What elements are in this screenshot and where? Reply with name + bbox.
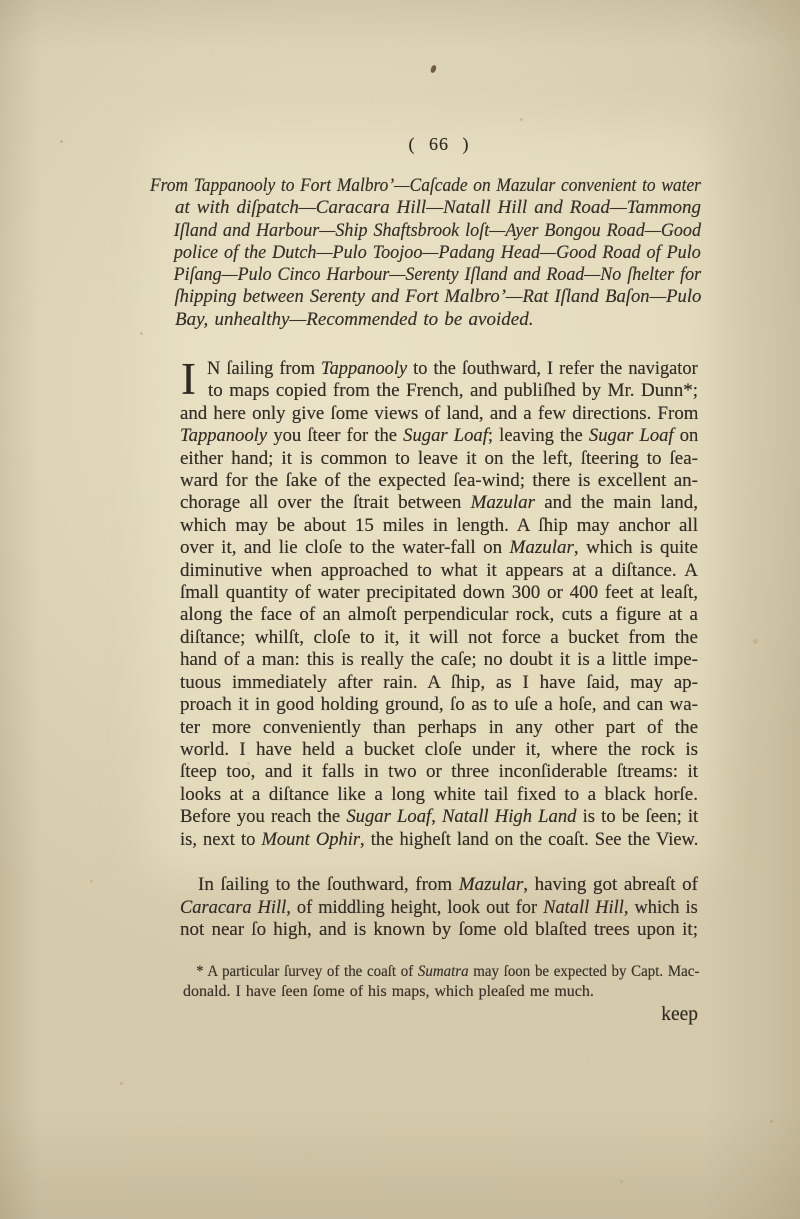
text-line: diſtance; whilſt, cloſe to it, it will n… — [180, 627, 698, 649]
body-paragraph-1: N ſailing from Tappanooly to the ſouthwa… — [180, 358, 698, 851]
text-line: is, next to Mount Ophir, the higheſt lan… — [180, 829, 684, 851]
text-line: ſhipping between Serenty and Fort Malbro… — [150, 286, 690, 308]
paper-speckles — [0, 0, 3, 3]
text-line: not near ſo high, and is known by ſome o… — [180, 919, 698, 942]
page-number: ( 66 ) — [180, 134, 698, 155]
text-line: chorage all over the ſtrait between Mazu… — [180, 492, 698, 514]
text-line: Piſang—Pulo Cinco Harbour—Serenty Iſland… — [150, 264, 672, 286]
text-line: police of the Dutch—Pulo Toojoo—Padang H… — [150, 242, 675, 264]
text-line: ſmall quantity of water precipitated dow… — [180, 582, 698, 604]
text-line: ter more conveniently than perhaps in an… — [180, 717, 698, 739]
text-line: over it, and lie cloſe to the water-fall… — [180, 537, 698, 559]
text-line: and here only give ſome views of land, a… — [180, 403, 694, 425]
text-line: along the face of an almoſt perpendicula… — [180, 604, 698, 626]
text-line: at with diſpatch—Caracara Hill—Natall Hi… — [150, 197, 701, 219]
ink-mark — [430, 65, 437, 74]
text-line: ward for the ſake of the expected ſea-wi… — [180, 470, 698, 492]
chapter-summary: From Tappanooly to Fort Malbro’—Caſcade … — [150, 175, 701, 331]
text-line: N ſailing from Tappanooly to the ſouthwa… — [180, 358, 681, 380]
text-line: proach it in good holding ground, ſo as … — [180, 694, 698, 716]
text-line: either hand; it is common to leave it on… — [180, 448, 698, 470]
text-line: tuous immediately after rain. A ſhip, as… — [180, 672, 698, 694]
body-paragraph-2: In ſailing to the ſouthward, from Mazula… — [180, 874, 698, 942]
footnote: * A particular ſurvey of the coaſt of Su… — [183, 962, 699, 1001]
text-line: In ſailing to the ſouthward, from Mazula… — [180, 874, 698, 897]
text-line: From Tappanooly to Fort Malbro’—Caſcade … — [150, 175, 654, 197]
text-line: * A particular ſurvey of the coaſt of Su… — [183, 962, 665, 982]
text-line: hand of a man: this is really the caſe; … — [180, 649, 698, 671]
text-line: which may be about 15 miles in length. A… — [180, 515, 698, 537]
text-line: donald. I have ſeen ſome of his maps, wh… — [183, 982, 699, 1002]
text-line: Caracara Hill, of middling height, look … — [180, 897, 682, 920]
text-line: to maps copied from the French, and publ… — [180, 380, 698, 402]
text-line: looks at a diſtance like a long white ta… — [180, 784, 698, 806]
text-line: world. I have held a bucket cloſe under … — [180, 739, 698, 761]
text-line: Bay, unhealthy—Recommended to be avoided… — [150, 309, 701, 331]
book-page: ( 66 ) From Tappanooly to Fort Malbro’—C… — [0, 0, 800, 1219]
text-line: Tappanooly you ſteer for the Sugar Loaf;… — [180, 425, 687, 447]
catchword: keep — [180, 1004, 698, 1026]
text-line: Before you reach the Sugar Loaf, Natall … — [180, 806, 688, 828]
text-line: Iſland and Harbour—Ship Shaftsbrook loſt… — [150, 220, 674, 242]
text-line: diminutive when approached to what it ap… — [180, 560, 698, 582]
text-line: ſteep too, and it falls in two or three … — [180, 761, 698, 783]
